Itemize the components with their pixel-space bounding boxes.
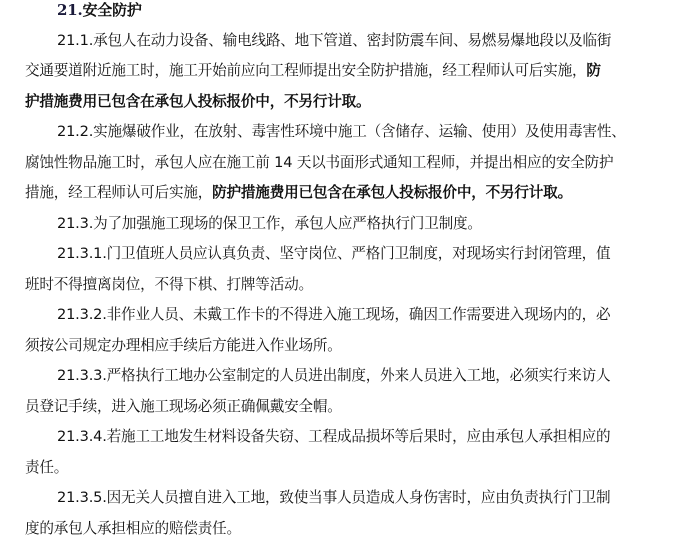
paragraph-21-2-line-3: 措施，经工程师认可后实施，防护措施费用已包含在承包人投标报价中，不另行计取。 <box>25 178 670 209</box>
section-title: 安全防护 <box>83 1 142 19</box>
paragraph-21-3-1-line-1: 21.3.1.门卫值班人员应认真负责、坚守岗位、严格门卫制度，对现场实行封闭管理… <box>25 239 670 270</box>
document-page: 21.安全防护 21.1.承包人在动力设备、输电线路、地下管道、密封防震车间、易… <box>25 0 670 544</box>
paragraph-21-3-3-line-1: 21.3.3.严格执行工地办公室制定的人员进出制度，外来人员进入工地，必须实行来… <box>25 361 670 392</box>
paragraph-21-2-line-1: 21.2.实施爆破作业，在放射、毒害性环境中施工（含储存、运输、使用）及使用毒害… <box>25 117 670 148</box>
paragraph-21-3-5-line-1: 21.3.5.因无关人员擅自进入工地，致使当事人员造成人身伤害时，应由负责执行门… <box>25 483 670 514</box>
paragraph-21-1-line-3: 护措施费用已包含在承包人投标报价中，不另行计取。 <box>25 87 670 118</box>
section-heading: 21.安全防护 <box>25 0 670 26</box>
paragraph-21-3-1-line-2: 班时不得擅离岗位，不得下棋、打牌等活动。 <box>25 270 670 301</box>
paragraph-21-3-5-line-2: 度的承包人承担相应的赔偿责任。 <box>25 514 670 545</box>
paragraph-21-3-3-line-2: 员登记手续，进入施工现场必须正确佩戴安全帽。 <box>25 392 670 423</box>
paragraph-21-1-line-2: 交通要道附近施工时，施工开始前应向工程师提出安全防护措施，经工程师认可后实施，防 <box>25 56 670 87</box>
paragraph-21-3-2-line-1: 21.3.2.非作业人员、未戴工作卡的不得进入施工现场，确因工作需要进入现场内的… <box>25 300 670 331</box>
section-number: 21. <box>57 1 83 19</box>
paragraph-21-1-line-1: 21.1.承包人在动力设备、输电线路、地下管道、密封防震车间、易燃易爆地段以及临… <box>25 26 670 57</box>
paragraph-21-3-2-line-2: 须按公司规定办理相应手续后方能进入作业场所。 <box>25 331 670 362</box>
paragraph-21-3-4-line-2: 责任。 <box>25 453 670 484</box>
paragraph-21-2-line-2: 腐蚀性物品施工时，承包人应在施工前 14 天以书面形式通知工程师，并提出相应的安… <box>25 148 670 179</box>
paragraph-21-3: 21.3.为了加强施工现场的保卫工作，承包人应严格执行门卫制度。 <box>25 209 670 240</box>
paragraph-21-3-4-line-1: 21.3.4.若施工工地发生材料设备失窃、工程成品损坏等后果时，应由承包人承担相… <box>25 422 670 453</box>
